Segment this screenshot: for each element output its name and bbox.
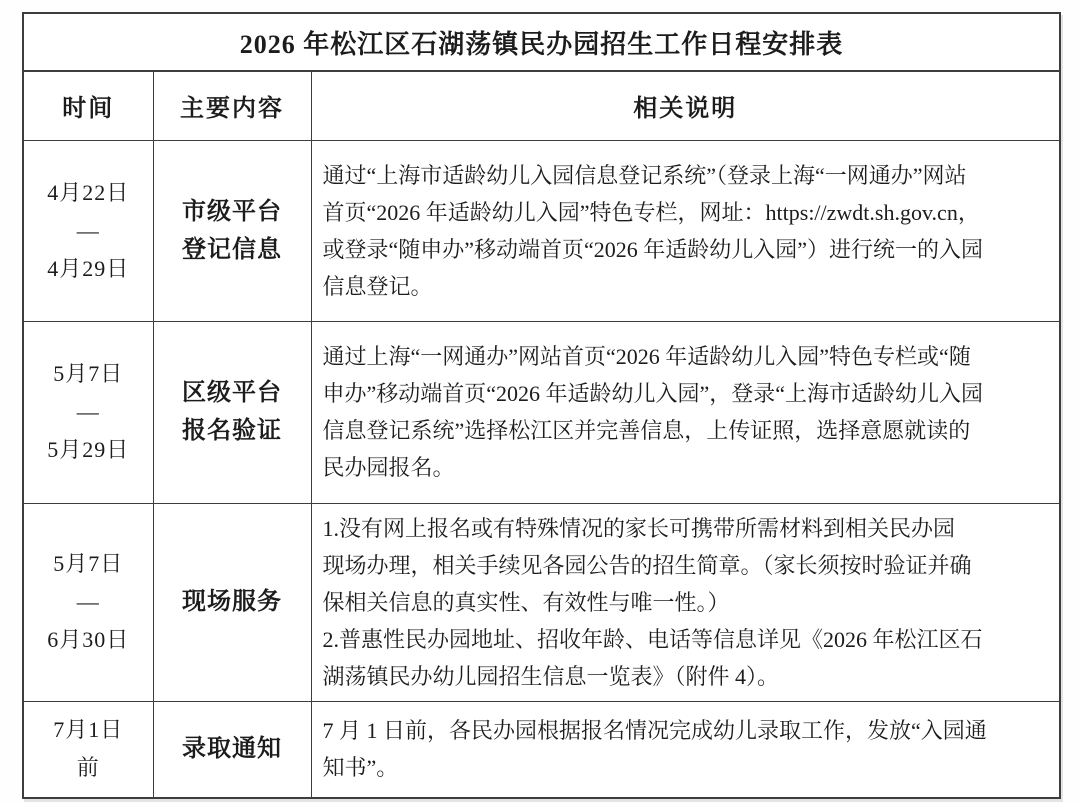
time-cell-row3: 5月7日 — 6月30日: [23, 503, 153, 701]
table-row: 4月22日 — 4月29日 市级平台 登记信息 通过“上海市适龄幼儿入园信息登记…: [23, 140, 1060, 321]
table-row: 5月7日 — 6月30日 现场服务 1.没有网上报名或有特殊情况的家长可携带所需…: [23, 503, 1060, 701]
header-row: 时间 主要内容 相关说明: [23, 71, 1060, 140]
time-cell-row4: 7月1日 前: [23, 701, 153, 798]
description-cell-row1: 通过“上海市适龄幼儿入园信息登记系统”（登录上海“一网通办”网站 首页“2026…: [311, 140, 1060, 321]
content-cell-row2: 区级平台 报名验证: [153, 321, 311, 503]
time-cell-row2: 5月7日 — 5月29日: [23, 321, 153, 503]
table-title: 2026 年松江区石湖荡镇民办园招生工作日程安排表: [23, 13, 1060, 71]
column-header-time: 时间: [23, 71, 153, 140]
description-cell-row3: 1.没有网上报名或有特殊情况的家长可携带所需材料到相关民办园 现场办理，相关手续…: [311, 503, 1060, 701]
schedule-table: 2026 年松江区石湖荡镇民办园招生工作日程安排表 时间 主要内容 相关说明 4…: [22, 12, 1061, 799]
content-cell-row1: 市级平台 登记信息: [153, 140, 311, 321]
table-row: 5月7日 — 5月29日 区级平台 报名验证 通过上海“一网通办”网站首页“20…: [23, 321, 1060, 503]
document-page: 2026 年松江区石湖荡镇民办园招生工作日程安排表 时间 主要内容 相关说明 4…: [0, 0, 1080, 804]
description-cell-row2: 通过上海“一网通办”网站首页“2026 年适龄幼儿入园”特色专栏或“随 申办”移…: [311, 321, 1060, 503]
content-cell-row3: 现场服务: [153, 503, 311, 701]
time-cell-row1: 4月22日 — 4月29日: [23, 140, 153, 321]
column-header-description: 相关说明: [311, 71, 1060, 140]
content-cell-row4: 录取通知: [153, 701, 311, 798]
title-row: 2026 年松江区石湖荡镇民办园招生工作日程安排表: [23, 13, 1060, 71]
table-row: 7月1日 前 录取通知 7 月 1 日前，各民办园根据报名情况完成幼儿录取工作，…: [23, 701, 1060, 798]
column-header-main-content: 主要内容: [153, 71, 311, 140]
description-cell-row4: 7 月 1 日前，各民办园根据报名情况完成幼儿录取工作，发放“入园通 知书”。: [311, 701, 1060, 798]
